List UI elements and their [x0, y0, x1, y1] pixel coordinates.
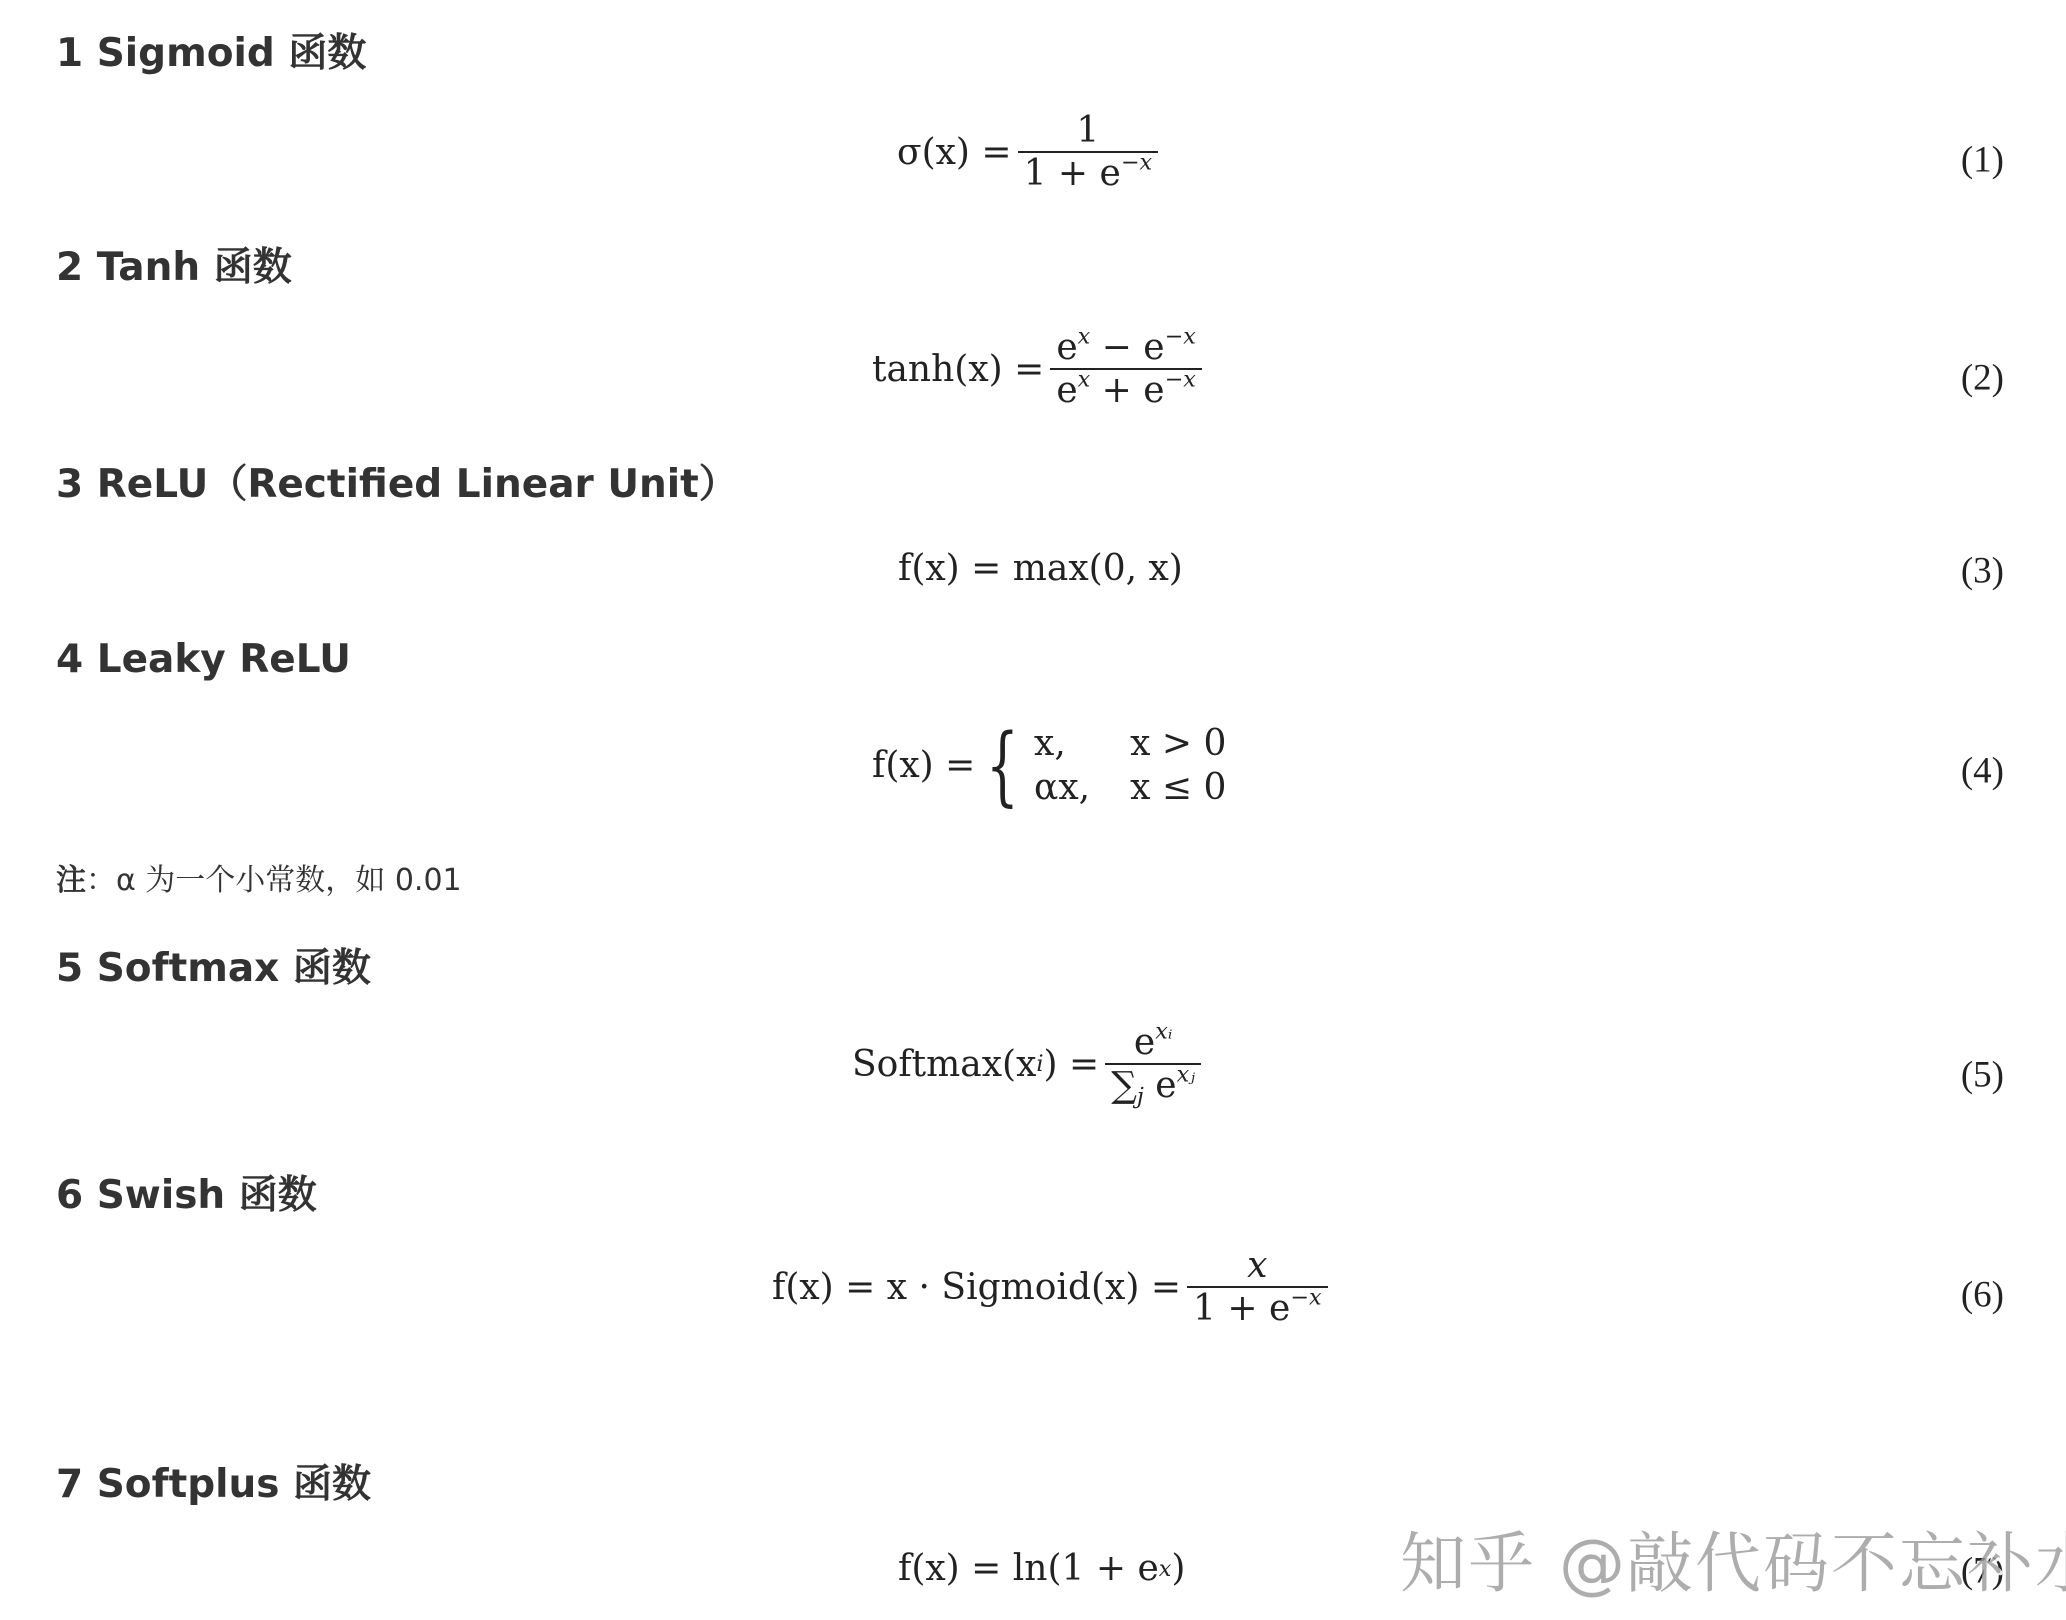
equation-lhs: σ(x) = — [897, 132, 1012, 173]
case-value: x, — [1034, 722, 1130, 766]
heading-relu: 3 ReLU（Rectified Linear Unit） — [56, 465, 738, 504]
left-brace-icon: { — [986, 723, 1019, 809]
term: e — [1143, 370, 1164, 411]
denominator: 1 + e−x — [1187, 1288, 1328, 1329]
equation-number-5: (5) — [1961, 1054, 2004, 1097]
equation-lhs: tanh(x) = — [872, 349, 1044, 390]
term: e — [1143, 327, 1164, 368]
equation-tanh: tanh(x) = ex − e−x ex + e−x — [872, 327, 1208, 412]
denominator: ∑j exⱼ — [1105, 1065, 1201, 1106]
equation-softmax: Softmax(xi) = exᵢ ∑j exⱼ — [852, 1022, 1207, 1107]
equation-lhs: f(x) = — [872, 745, 975, 786]
equation-number-1: (1) — [1961, 139, 2004, 182]
equation-relu: f(x) = max(0, x) — [898, 548, 1183, 589]
den-text: 1 + e — [1024, 153, 1121, 194]
equation-swish: f(x) = x · Sigmoid(x) = x 1 + e−x — [772, 1245, 1334, 1330]
watermark: 知乎 @敲代码不忘补水 — [1400, 1510, 2066, 1605]
equation-lhs: f(x) = x · Sigmoid(x) = — [772, 1267, 1181, 1308]
denominator: 1 + e−x — [1018, 153, 1159, 194]
numerator: 1 — [1070, 110, 1105, 151]
term: e — [1056, 327, 1077, 368]
exponent: −x — [1121, 150, 1152, 176]
equation-number-6: (6) — [1961, 1274, 2004, 1317]
heading-softplus: 7 Softplus 函数 — [56, 1465, 371, 1504]
exponent: xᵢ — [1155, 1018, 1172, 1044]
heading-leaky-relu: 4 Leaky ReLU — [56, 640, 351, 679]
note: 注：α 为一个小常数，如 0.01 — [56, 866, 462, 896]
term: e — [1155, 1065, 1176, 1106]
subscript: j — [1137, 1084, 1144, 1110]
equation-number-3: (3) — [1961, 550, 2004, 593]
equation-sigmoid: σ(x) = 1 1 + e−x — [897, 110, 1164, 195]
heading-tanh: 2 Tanh 函数 — [56, 248, 292, 287]
fraction: x 1 + e−x — [1187, 1245, 1328, 1330]
equation-lhs: f(x) = ln(1 + e — [898, 1548, 1159, 1589]
case-condition: x ≤ 0 — [1130, 766, 1226, 810]
heading-sigmoid: 1 Sigmoid 函数 — [56, 34, 366, 73]
cases-table: x, x > 0 αx, x ≤ 0 — [1034, 722, 1226, 809]
term: e — [1056, 370, 1077, 411]
term: e — [1134, 1022, 1155, 1063]
sum-icon: ∑ — [1111, 1065, 1137, 1106]
case-condition: x > 0 — [1130, 722, 1226, 766]
operator: − — [1090, 327, 1143, 368]
fraction: ex − e−x ex + e−x — [1050, 327, 1202, 412]
heading-softmax: 5 Softmax 函数 — [56, 949, 371, 988]
equation-softplus: f(x) = ln(1 + ex) — [898, 1548, 1185, 1589]
case-value: αx, — [1034, 766, 1130, 810]
equation-leaky-relu: f(x) = { x, x > 0 αx, x ≤ 0 — [872, 722, 1226, 809]
note-label: 注 — [56, 863, 86, 898]
equation-lhs-end: ) = — [1044, 1044, 1100, 1085]
equation-number-4: (4) — [1961, 750, 2004, 793]
exponent: −x — [1290, 1285, 1321, 1311]
exponent: −x — [1165, 323, 1196, 349]
case-row: x, x > 0 — [1034, 722, 1226, 766]
numerator: ex − e−x — [1050, 327, 1202, 368]
denominator: ex + e−x — [1050, 370, 1202, 411]
exponent: x — [1078, 323, 1091, 349]
numerator: exᵢ — [1128, 1022, 1178, 1063]
heading-swish: 6 Swish 函数 — [56, 1176, 317, 1215]
exponent: −x — [1165, 367, 1196, 393]
operator: + — [1090, 370, 1143, 411]
exponent: xⱼ — [1177, 1062, 1195, 1088]
note-text: ：α 为一个小常数，如 0.01 — [86, 863, 462, 898]
case-row: αx, x ≤ 0 — [1034, 766, 1226, 810]
equation-lhs: Softmax(x — [852, 1044, 1036, 1085]
equation-number-2: (2) — [1961, 357, 2004, 400]
numerator: x — [1241, 1245, 1273, 1286]
fraction: exᵢ ∑j exⱼ — [1105, 1022, 1201, 1107]
den-text: 1 + e — [1193, 1288, 1290, 1329]
piecewise-cases: { x, x > 0 αx, x ≤ 0 — [975, 722, 1226, 809]
fraction: 1 1 + e−x — [1018, 110, 1159, 195]
exponent: x — [1078, 367, 1091, 393]
equation-end: ) — [1171, 1548, 1185, 1589]
